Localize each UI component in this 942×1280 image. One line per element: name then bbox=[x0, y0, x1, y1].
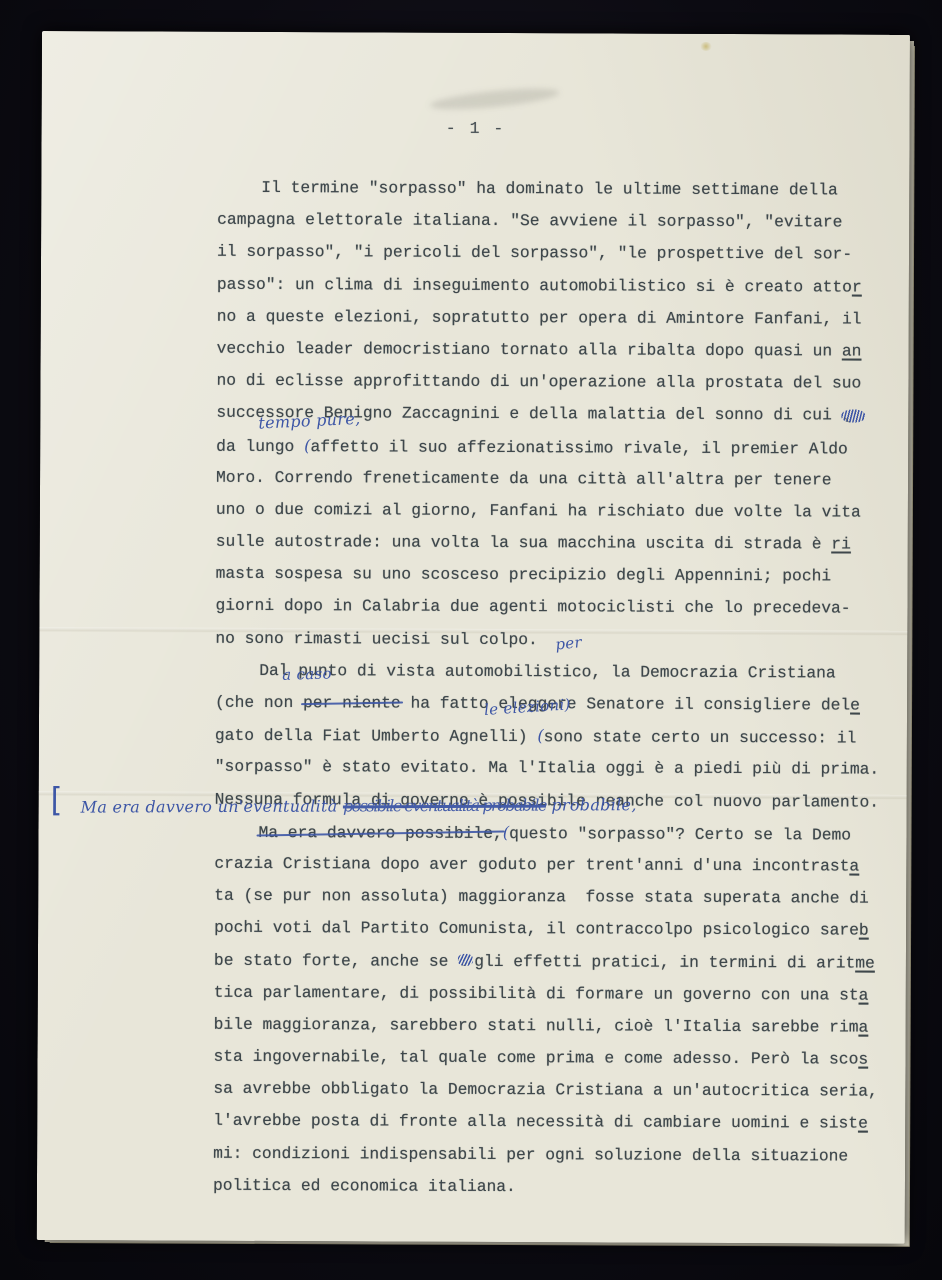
typed-line: sulle autostrade: una volta la sua macch… bbox=[216, 526, 906, 561]
typed-segment: an bbox=[842, 341, 862, 360]
typed-segment: Ma era davvero possibile, bbox=[258, 823, 502, 843]
typed-segment: Il termine "sorpasso" ha dominato le ult… bbox=[261, 178, 838, 200]
photo-background: { "colors": { "background": "#0c0b12", "… bbox=[0, 0, 942, 1280]
typed-segment: s bbox=[858, 1050, 868, 1069]
typed-segment: a bbox=[849, 856, 859, 875]
typed-line: l'avrebbe posta di fronte alla necessità… bbox=[213, 1105, 903, 1140]
typed-segment: gato della Fiat Umberto Agnelli) bbox=[215, 726, 538, 746]
typed-segment: pochi voti dal Partito Comunista, il con… bbox=[214, 918, 859, 940]
typed-line: politica ed economica italiana. bbox=[213, 1170, 903, 1205]
typed-segment: crazia Cristiana dopo aver goduto per tr… bbox=[214, 854, 849, 876]
typed-line: gato della Fiat Umberto Agnelli) (sono s… bbox=[215, 719, 905, 754]
typed-segment: bile maggioranza, sarebbero stati nulli,… bbox=[214, 1015, 859, 1037]
typed-line: mi: condizioni indispensabili per ogni s… bbox=[213, 1137, 903, 1172]
typed-line: pochi voti dal Partito Comunista, il con… bbox=[214, 912, 904, 947]
typed-segment: vecchio leader democristiano tornato all… bbox=[217, 339, 842, 361]
typed-segment: affetto il suo affezionatissimo rivale, … bbox=[310, 437, 847, 458]
typed-line: sa avrebbe obbligato la Democrazia Crist… bbox=[213, 1073, 903, 1108]
typed-segment: b bbox=[859, 921, 869, 940]
typed-line: Moro. Correndo freneticamente da una cit… bbox=[216, 461, 906, 496]
typed-segment: sta ingovernabile, tal quale come prima … bbox=[213, 1047, 858, 1069]
typed-segment: sono state certo un successo: il bbox=[544, 727, 857, 747]
typed-segment: l'avrebbe posta di fronte alla necessità… bbox=[213, 1111, 858, 1133]
typed-segment: da lungo bbox=[216, 436, 304, 455]
typed-line: da lungo (affetto il suo affezionatissim… bbox=[216, 429, 906, 464]
typed-segment: sa avrebbe obbligato la Democrazia Crist… bbox=[213, 1079, 877, 1101]
rust-spot bbox=[700, 42, 712, 51]
pencil-smudge bbox=[429, 85, 560, 114]
typed-segment: passo": un clima di inseguimento automob… bbox=[217, 274, 852, 296]
typed-segment: tica parlamentare, di possibilità di for… bbox=[214, 982, 859, 1004]
paper-page: - 1 - Il termine "sorpasso" ha dominato … bbox=[37, 31, 910, 1244]
annotation-segment: a caso bbox=[282, 664, 332, 684]
typed-segment: campagna elettorale italiana. "Se avvien… bbox=[217, 210, 842, 232]
insert-per: per bbox=[554, 633, 582, 654]
typed-segment: me bbox=[855, 953, 875, 972]
typed-segment: a bbox=[858, 1017, 868, 1036]
typed-line: bile maggioranza, sarebbero stati nulli,… bbox=[214, 1009, 904, 1044]
typed-line: vecchio leader democristiano tornato all… bbox=[217, 333, 907, 368]
typed-line: Il termine "sorpasso" ha dominato le ult… bbox=[217, 172, 907, 207]
typed-segment: il sorpasso", "i pericoli del sorpasso",… bbox=[217, 242, 852, 264]
page-number: - 1 - bbox=[42, 117, 910, 140]
annotation-segment: Ma era davvero un'eventualità bbox=[81, 796, 343, 816]
typed-segment: è bbox=[842, 409, 866, 422]
typed-line: uno o due comizi al giorno, Fanfani ha r… bbox=[216, 494, 906, 529]
typed-segment: no a queste elezioni, sopratutto per ope… bbox=[217, 307, 862, 329]
annotation-segment: [ bbox=[51, 781, 63, 820]
typed-segment: ha fatto eleggere Senatore il consiglier… bbox=[401, 694, 851, 715]
typed-line: sta ingovernabile, tal quale come prima … bbox=[213, 1041, 903, 1076]
typed-segment: e bbox=[858, 1114, 868, 1133]
typed-line: no di eclisse approfittando di un'operaz… bbox=[216, 365, 906, 400]
typed-line: "sorpasso" è stato evitato. Ma l'Italia … bbox=[215, 751, 905, 786]
typed-segment: uno o due comizi al giorno, Fanfani ha r… bbox=[216, 500, 861, 522]
annotation-segment: possibile eventualità probabile bbox=[343, 796, 546, 816]
typed-line: Ma era davvero possibile,(questo "sorpas… bbox=[214, 816, 904, 851]
typed-segment: be stato forte, anche se bbox=[214, 950, 458, 970]
typed-segment: e bbox=[850, 696, 860, 715]
typed-line: masta sospesa su uno scosceso precipizio… bbox=[216, 558, 906, 593]
typed-line: campagna elettorale italiana. "Se avvien… bbox=[217, 204, 907, 239]
typed-segment: ta (se pur non assoluta) maggioranza fos… bbox=[214, 886, 869, 908]
typed-line: tica parlamentare, di possibilità di for… bbox=[214, 976, 904, 1011]
typed-line: be stato forte, anche se egli effetti pr… bbox=[214, 944, 904, 979]
typed-segment: giorni dopo in Calabria due agenti motoc… bbox=[215, 596, 850, 618]
typed-segment: no sono rimasti uecisi sul colpo. bbox=[215, 628, 538, 648]
typed-segment: gli effetti pratici, in termini di arit bbox=[474, 951, 855, 972]
typed-segment: r bbox=[852, 277, 862, 296]
typed-segment: per niente bbox=[303, 693, 401, 712]
typed-segment: no di eclisse approfittando di un'operaz… bbox=[216, 371, 861, 393]
annotation-segment: per bbox=[554, 633, 582, 654]
typed-line: giorni dopo in Calabria due agenti motoc… bbox=[215, 590, 905, 625]
margin-correction: Ma era davvero un'eventualità possibile … bbox=[81, 795, 637, 816]
typed-segment: questo "sorpasso"? Certo se la Demo bbox=[509, 824, 851, 844]
typed-line: passo": un clima di inseguimento automob… bbox=[217, 268, 907, 303]
annotation-segment: probabile, bbox=[546, 795, 637, 814]
margin-bracket: [ bbox=[51, 781, 63, 820]
typed-line: il sorpasso", "i pericoli del sorpasso",… bbox=[217, 236, 907, 271]
typed-segment: masta sospesa su uno scosceso precipizio… bbox=[216, 564, 832, 586]
typed-segment: mi: condizioni indispensabili per ogni s… bbox=[213, 1143, 848, 1165]
typed-line: ta (se pur non assoluta) maggioranza fos… bbox=[214, 880, 904, 915]
typed-segment: e bbox=[458, 953, 473, 965]
typed-segment: (che non bbox=[215, 693, 303, 712]
typed-text: Il termine "sorpasso" ha dominato le ult… bbox=[213, 172, 907, 1205]
typed-segment: ri bbox=[831, 535, 851, 554]
typed-segment: "sorpasso" è stato evitato. Ma l'Italia … bbox=[215, 757, 879, 779]
typed-segment: sulle autostrade: una volta la sua macch… bbox=[216, 532, 832, 554]
insert-a-caso: a caso bbox=[282, 664, 332, 684]
typed-line: crazia Cristiana dopo aver goduto per tr… bbox=[214, 848, 904, 883]
typed-segment: a bbox=[859, 985, 869, 1004]
typed-segment: politica ed economica italiana. bbox=[213, 1176, 516, 1196]
typed-segment: Dal punto di vista automobilistico, la D… bbox=[259, 661, 836, 683]
typed-line: no a queste elezioni, sopratutto per ope… bbox=[217, 301, 907, 336]
typed-segment: Moro. Correndo freneticamente da una cit… bbox=[216, 467, 832, 489]
